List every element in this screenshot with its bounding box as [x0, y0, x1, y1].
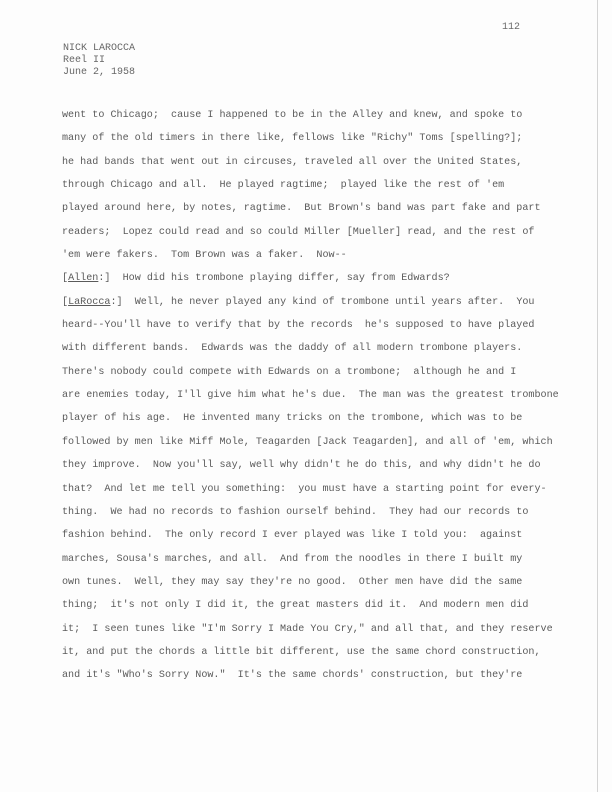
transcript-line: readers; Lopez could read and so could M… [62, 221, 602, 244]
line-text: player of his age. He invented many tric… [62, 413, 522, 424]
transcript-line: thing; it's not only I did it, the great… [62, 594, 602, 617]
line-text: thing. We had no records to fashion ours… [62, 507, 528, 518]
page-number: 112 [502, 22, 520, 33]
transcript-line: played around here, by notes, ragtime. B… [62, 197, 602, 220]
transcript-line: are enemies today, I'll give him what he… [62, 384, 602, 407]
document-header: NICK LAROCCA Reel II June 2, 1958 [63, 43, 135, 79]
transcript-line: he had bands that went out in circuses, … [62, 151, 602, 174]
transcript-line: it; I seen tunes like "I'm Sorry I Made … [62, 618, 602, 641]
transcript-line: [Allen:] How did his trombone playing di… [62, 267, 602, 290]
transcript-line: 'em were fakers. Tom Brown was a faker. … [62, 244, 602, 267]
line-text: many of the old timers in there like, fe… [62, 133, 522, 144]
transcript-line: There's nobody could compete with Edward… [62, 361, 602, 384]
line-text: went to Chicago; cause I happened to be … [62, 110, 522, 121]
line-text: it; I seen tunes like "I'm Sorry I Made … [62, 624, 553, 635]
line-text: readers; Lopez could read and so could M… [62, 227, 534, 238]
speaker-label: Allen [68, 273, 98, 284]
line-text: thing; it's not only I did it, the great… [62, 600, 528, 611]
reel-label: Reel II [63, 55, 135, 67]
line-text: with different bands. Edwards was the da… [62, 343, 522, 354]
transcript-body: went to Chicago; cause I happened to be … [62, 104, 602, 688]
transcript-line: own tunes. Well, they may say they're no… [62, 571, 602, 594]
transcript-line: player of his age. He invented many tric… [62, 407, 602, 430]
interviewee-name: NICK LAROCCA [63, 43, 135, 55]
line-text: and it's "Who's Sorry Now." It's the sam… [62, 670, 522, 681]
transcript-line: marches, Sousa's marches, and all. And f… [62, 548, 602, 571]
line-text: 'em were fakers. Tom Brown was a faker. … [62, 250, 347, 261]
transcript-line: it, and put the chords a little bit diff… [62, 641, 602, 664]
line-text: marches, Sousa's marches, and all. And f… [62, 554, 522, 565]
transcript-line: went to Chicago; cause I happened to be … [62, 104, 602, 127]
transcript-line: they improve. Now you'll say, well why d… [62, 454, 602, 477]
line-text: that? And let me tell you something: you… [62, 484, 547, 495]
transcript-line: thing. We had no records to fashion ours… [62, 501, 602, 524]
speaker-label: LaRocca [68, 297, 110, 308]
line-text: own tunes. Well, they may say they're no… [62, 577, 522, 588]
interview-date: June 2, 1958 [63, 67, 135, 79]
transcript-line: that? And let me tell you something: you… [62, 478, 602, 501]
line-text: it, and put the chords a little bit diff… [62, 647, 541, 658]
line-text: followed by men like Miff Mole, Teagarde… [62, 437, 553, 448]
line-text: How did his trombone playing differ, say… [110, 273, 449, 284]
transcript-line: [LaRocca:] Well, he never played any kin… [62, 291, 602, 314]
line-text: heard--You'll have to verify that by the… [62, 320, 534, 331]
transcript-line: heard--You'll have to verify that by the… [62, 314, 602, 337]
transcript-line: followed by men like Miff Mole, Teagarde… [62, 431, 602, 454]
transcript-line: through Chicago and all. He played ragti… [62, 174, 602, 197]
line-text: he had bands that went out in circuses, … [62, 157, 522, 168]
document-page: 112 NICK LAROCCA Reel II June 2, 1958 we… [0, 0, 612, 792]
line-text: through Chicago and all. He played ragti… [62, 180, 504, 191]
transcript-line: many of the old timers in there like, fe… [62, 127, 602, 150]
line-text: Well, he never played any kind of trombo… [123, 297, 535, 308]
transcript-line: and it's "Who's Sorry Now." It's the sam… [62, 664, 602, 687]
line-text: they improve. Now you'll say, well why d… [62, 460, 541, 471]
transcript-line: fashion behind. The only record I ever p… [62, 524, 602, 547]
line-text: are enemies today, I'll give him what he… [62, 390, 559, 401]
line-text: There's nobody could compete with Edward… [62, 367, 516, 378]
transcript-line: with different bands. Edwards was the da… [62, 337, 602, 360]
line-text: played around here, by notes, ragtime. B… [62, 203, 541, 214]
line-text: fashion behind. The only record I ever p… [62, 530, 522, 541]
